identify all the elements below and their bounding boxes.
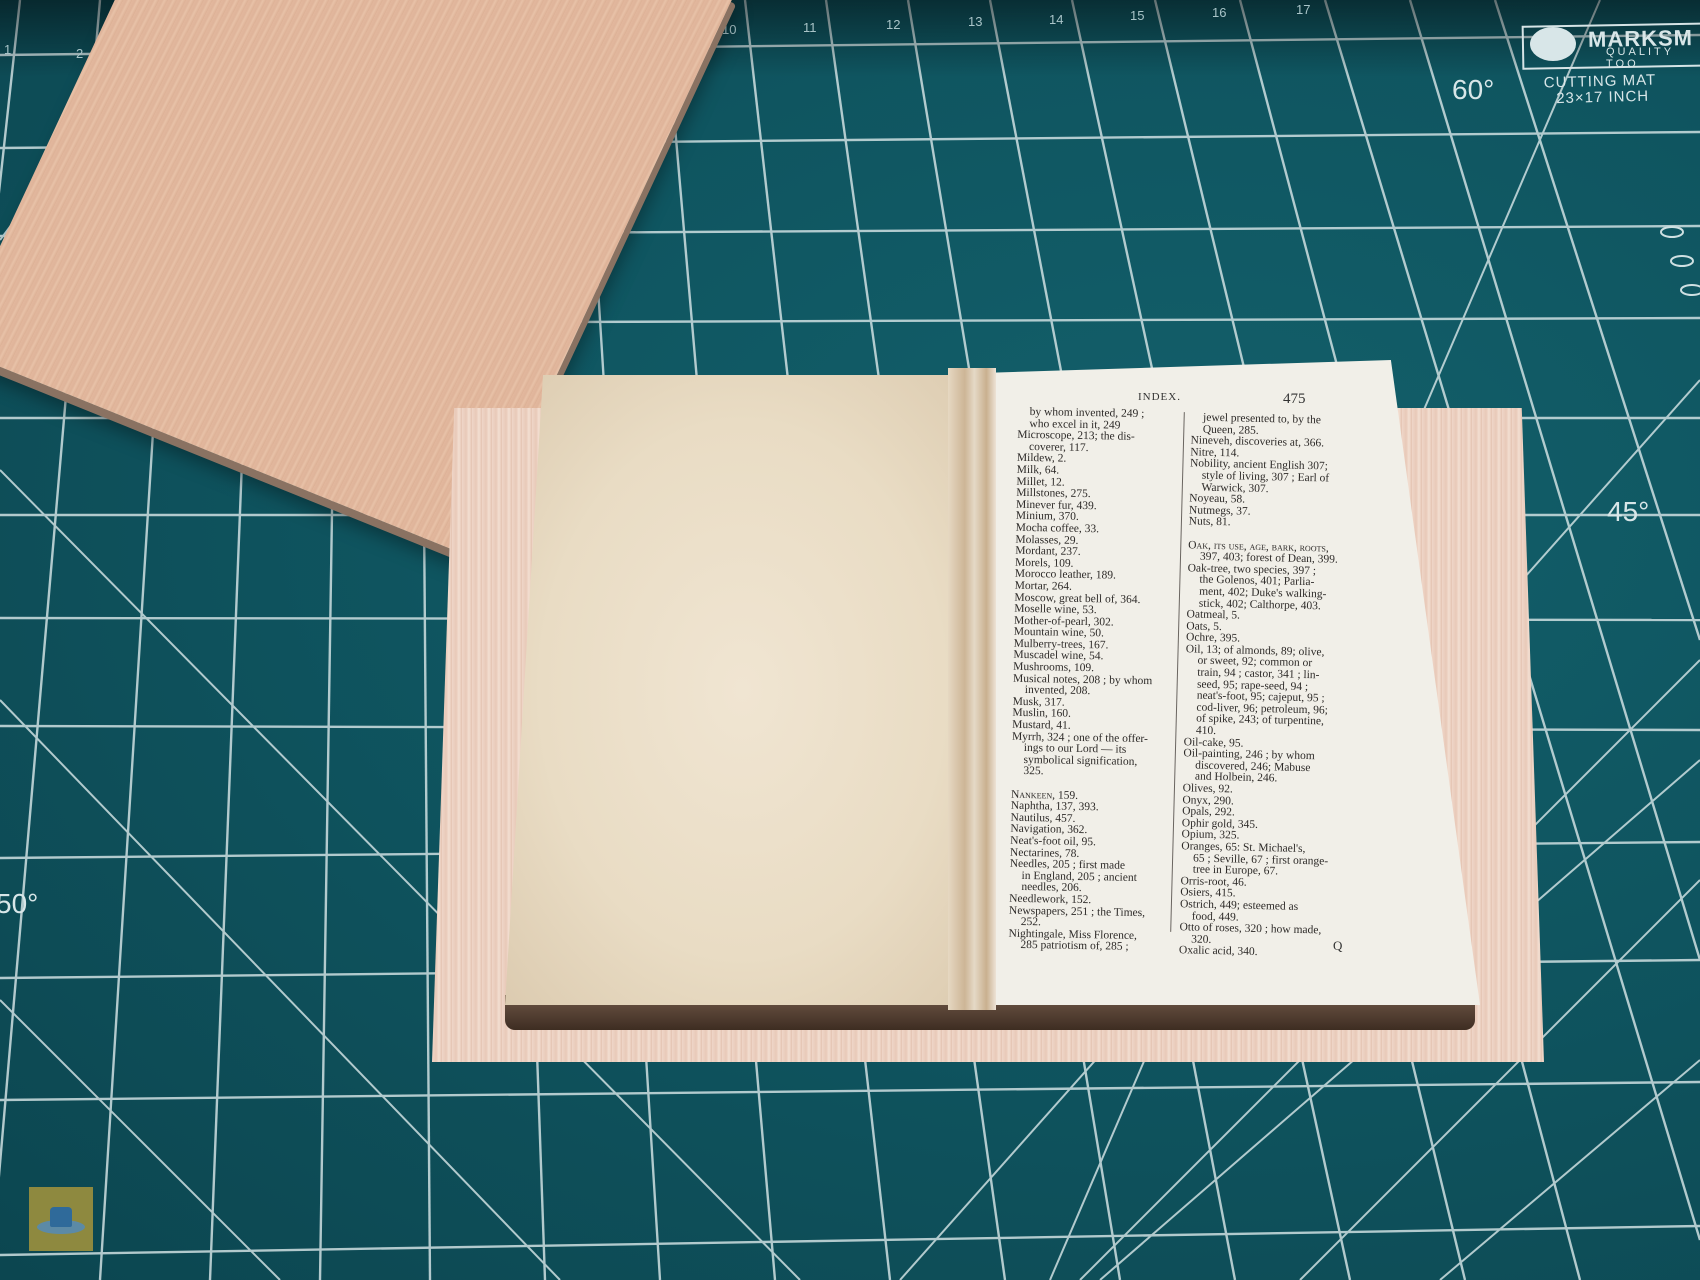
page-number: 475 (1283, 391, 1306, 408)
angle-label-60: 60° (1452, 74, 1494, 106)
ruler-number: 11 (803, 20, 817, 35)
signature-mark: Q (1333, 938, 1342, 954)
index-entry: 285 patriotism of, 285 ; (1008, 940, 1147, 954)
ruler-number: 17 (1296, 2, 1310, 17)
mat-product-label: CUTTING MAT 23×17 INCH (1544, 73, 1657, 108)
page-header: INDEX. (1138, 391, 1181, 403)
wizard-hat-crown (50, 1207, 72, 1227)
ruler-number: 1 (4, 42, 11, 57)
ruler-number: 15 (1130, 8, 1144, 23)
angle-ticks (1661, 227, 1700, 295)
ruler-number: 10 (722, 22, 736, 37)
ruler-number: 16 (1212, 5, 1226, 20)
index-column-right: jewel presented to, by theQueen, 285.Nin… (1179, 412, 1341, 960)
angle-label-45: 45° (1607, 496, 1649, 528)
ruler-number: 2 (76, 46, 83, 61)
mat-product-line2: 23×17 INCH (1544, 89, 1657, 108)
book-gutter-spine (948, 368, 996, 1010)
ruler-number: 14 (1049, 12, 1063, 27)
index-column-left: by whom invented, 249 ;who excel in it, … (1008, 407, 1157, 954)
ruler-number: 12 (886, 17, 900, 32)
brand-logo-icon (1530, 27, 1576, 61)
ruler-number: 13 (968, 14, 982, 29)
book-left-page-blank (505, 375, 980, 1005)
mat-brand-tagline: QUALITY TOO (1606, 46, 1700, 70)
angle-label-50: 50° (0, 888, 38, 920)
